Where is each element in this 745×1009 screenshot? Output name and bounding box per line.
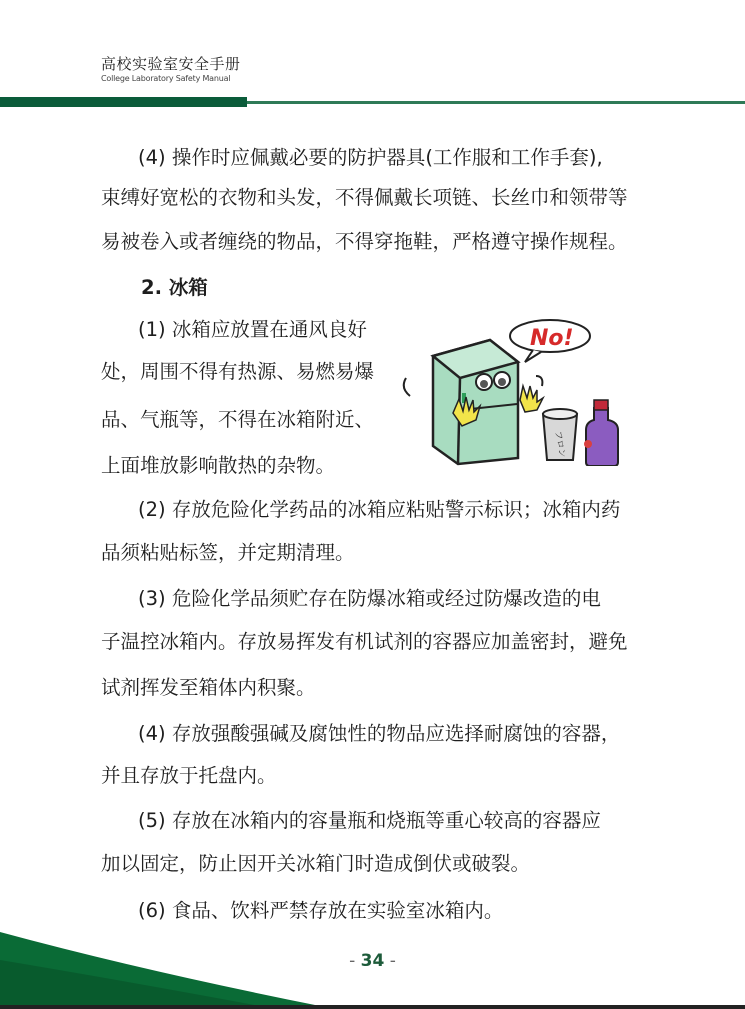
header-rule-thick [0,97,247,107]
paragraph-line: 品须粘贴标签，并定期清理。 [101,541,355,565]
fridge-illustration: No! フロン [398,318,630,466]
paragraph-line: 上面堆放影响散热的杂物。 [101,454,335,478]
paragraph-line: (5) 存放在冰箱内的容量瓶和烧瓶等重心较高的容器应 [138,809,601,833]
paragraph-line: 易被卷入或者缠绕的物品，不得穿拖鞋，严格遵守操作规程。 [101,230,628,254]
page-number-value: 34 [361,951,385,971]
section-heading: 2. 冰箱 [141,276,208,300]
manual-title: 高校实验室安全手册 [101,53,241,74]
paragraph-line: 并且存放于托盘内。 [101,764,277,788]
manual-subtitle: College Laboratory Safety Manual [101,74,230,83]
paragraph-line: (4) 存放强酸强碱及腐蚀性的物品应选择耐腐蚀的容器， [138,722,620,746]
no-text: No! [530,326,574,351]
paragraph-line: 束缚好宽松的衣物和头发，不得佩戴长项链、长丝巾和领带等 [101,186,628,210]
paragraph-line: 子温控冰箱内。存放易挥发有机试剂的容器应加盖密封，避免 [101,630,628,654]
chemical-bottle [586,408,618,466]
bottom-edge-bar [0,1005,745,1009]
page-number: - 34 - [0,951,745,971]
paragraph-line: (3) 危险化学品须贮存在防爆冰箱或经过防爆改造的电 [138,587,601,611]
paragraph-line: 品、气瓶等，不得在冰箱附近、 [101,408,374,432]
paragraph-line: 处，周围不得有热源、易燃易爆 [101,360,374,384]
paragraph-line: (1) 冰箱应放置在通风良好 [138,318,367,342]
paragraph-line: (2) 存放危险化学药品的冰箱应粘贴警示标识；冰箱内药 [138,498,620,522]
paragraph-line: 加以固定，防止因开关冰箱门时造成倒伏或破裂。 [101,852,530,876]
paragraph-line: (4) 操作时应佩戴必要的防护器具(工作服和工作手套), [138,146,603,170]
hand-right [520,386,543,412]
paragraph-line: 试剂挥发至箱体内积聚。 [101,676,316,700]
header-rule-thin [247,101,745,104]
